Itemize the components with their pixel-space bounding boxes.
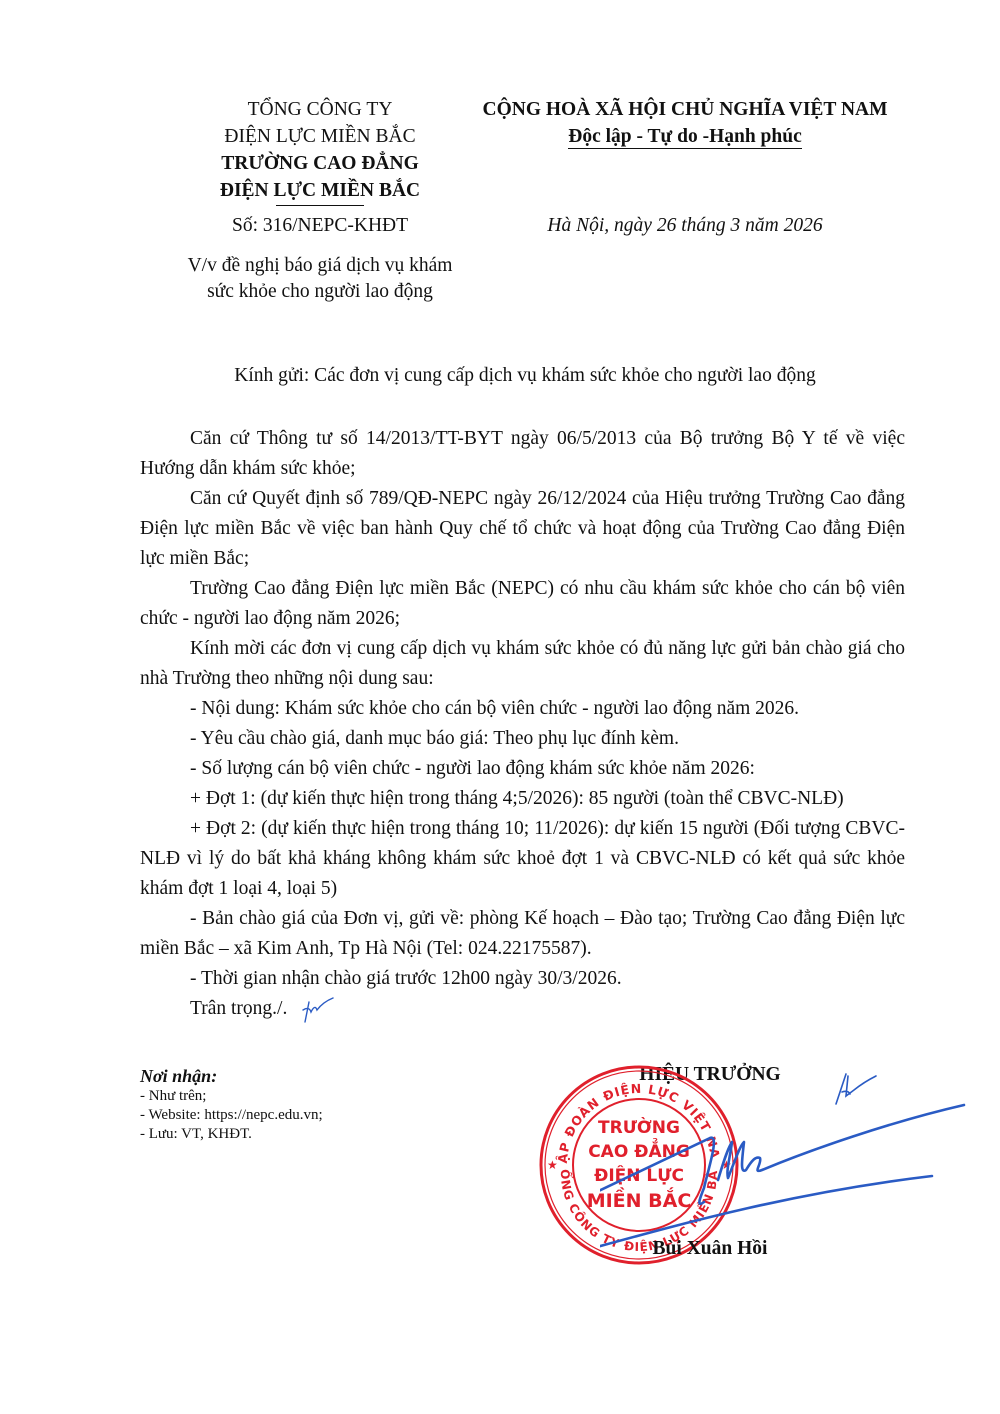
body-sub-item: + Đợt 2: (dự kiến thực hiện trong tháng … [140,814,905,904]
body-paragraph: Kính mời các đơn vị cung cấp dịch vụ khá… [140,634,905,694]
body-paragraph: Căn cứ Quyết định số 789/QĐ-NEPC ngày 26… [140,484,905,574]
closing: Trân trọng./. [140,994,905,1024]
recipient-item: - Như trên; [140,1087,460,1106]
body-list-item: - Số lượng cán bộ viên chức - người lao … [140,754,905,784]
body-list-item: - Yêu cầu chào giá, danh mục báo giá: Th… [140,724,905,754]
svg-text:★: ★ [547,1158,558,1172]
closing-text: Trân trọng./. [190,998,287,1019]
body-sub-item: + Đợt 1: (dự kiến thực hiện trong tháng … [140,784,905,814]
place-date: Hà Nội, ngày 26 tháng 3 năm 2026 [455,215,915,237]
subject-line1: V/v đề nghị báo giá dịch vụ khám [140,253,500,279]
signer-name: Bùi Xuân Hồi [560,1238,860,1260]
org-name-line1: TRƯỜNG CAO ĐẲNG [160,150,480,177]
issuing-organization: TỔNG CÔNG TY ĐIỆN LỰC MIỀN BẮC TRƯỜNG CA… [160,96,480,204]
org-name-line2: ĐIỆN LỰC MIỀN BẮC [220,177,420,204]
body-paragraph: Căn cứ Thông tư số 14/2013/TT-BYT ngày 0… [140,424,905,484]
parent-org-line1: TỔNG CÔNG TY [160,96,480,123]
subject-line2: sức khỏe cho người lao động [140,279,500,305]
initials-mark-icon [832,1068,882,1108]
parent-org-line2: ĐIỆN LỰC MIỀN BẮC [160,123,480,150]
recipient-item: - Lưu: VT, KHĐT. [140,1125,460,1144]
national-motto: Độc lập - Tự do -Hạnh phúc [568,126,802,149]
body-list-item: - Nội dung: Khám sức khỏe cho cán bộ viê… [140,694,905,724]
document-subject: V/v đề nghị báo giá dịch vụ khám sức khỏ… [140,253,500,305]
body-paragraph: Trường Cao đẳng Điện lực miền Bắc (NEPC)… [140,574,905,634]
national-header: CỘNG HOÀ XÃ HỘI CHỦ NGHĨA VIỆT NAM Độc l… [455,96,915,150]
letter-body: Căn cứ Thông tư số 14/2013/TT-BYT ngày 0… [140,424,905,1024]
recipients-title: Nơi nhận: [140,1065,460,1087]
body-list-item: - Bản chào giá của Đơn vị, gửi về: phòng… [140,904,905,964]
greeting: Kính gửi: Các đơn vị cung cấp dịch vụ kh… [140,365,910,387]
recipients-block: Nơi nhận: - Như trên; - Website: https:/… [140,1065,460,1144]
initials-mark-icon [297,994,337,1024]
nation-title: CỘNG HOÀ XÃ HỘI CHỦ NGHĨA VIỆT NAM [455,96,915,123]
document-number: Số: 316/NEPC-KHĐT [160,215,480,237]
handwritten-signature-icon [600,1070,980,1250]
recipient-item: - Website: https://nepc.edu.vn; [140,1106,460,1125]
body-list-item: - Thời gian nhận chào giá trước 12h00 ng… [140,964,905,994]
